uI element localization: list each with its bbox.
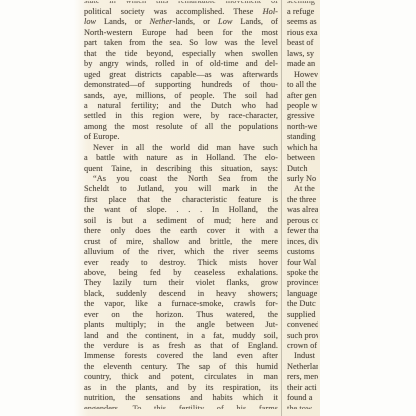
text-line: laws, sy bbox=[287, 49, 318, 59]
text-line: seeming bbox=[287, 1, 318, 7]
text-line: ever on the horizon. Thus watered, the bbox=[84, 310, 278, 320]
text-line: inces, div bbox=[287, 237, 318, 247]
text-line: language bbox=[287, 289, 318, 299]
text-line: surly No bbox=[287, 174, 318, 184]
scanned-book-page: state in which this remarkable movement … bbox=[0, 0, 416, 416]
text-line: a refuge bbox=[287, 7, 318, 17]
text-line: provinces bbox=[287, 278, 318, 288]
text-line: ever ready to destroy. Thick mists hover bbox=[84, 258, 278, 268]
text-line: was alrea bbox=[287, 205, 318, 215]
text-line: that the tide beyond, especially when sw… bbox=[84, 49, 278, 59]
text-line: such prov bbox=[287, 331, 318, 341]
text-line: fewer tha bbox=[287, 226, 318, 236]
text-line: to all the bbox=[287, 80, 318, 90]
text-line: Dutch bbox=[287, 164, 318, 174]
text-line: the three bbox=[287, 195, 318, 205]
text-line: quent Taine, in describing this situatio… bbox=[84, 164, 278, 174]
text-line: a battle with nature as in Holland. The … bbox=[84, 153, 278, 163]
text-line: engenders. To this fertility of his farm… bbox=[84, 404, 278, 409]
text-line: Never in all the world did man have such bbox=[84, 143, 278, 153]
text-line: perous co bbox=[287, 216, 318, 226]
clipped-text-line: seeming bbox=[287, 1, 318, 7]
text-line: their acti bbox=[287, 383, 318, 393]
text-line: the tow bbox=[287, 404, 318, 409]
text-line: among the most resolute of all the popul… bbox=[84, 122, 278, 132]
text-line: beast of bbox=[287, 38, 318, 48]
text-line: between bbox=[287, 153, 318, 163]
text-line: the want of slope. . . . In Holland, the bbox=[84, 205, 278, 215]
text-line: land and the continent, in a fat, muddy … bbox=[84, 331, 278, 341]
right-text-column-fragment: seeminga refugeseems asrious exabeast of… bbox=[287, 1, 318, 416]
text-line: political society was accomplished. Thes… bbox=[84, 7, 278, 17]
text-line: spoke the bbox=[287, 268, 318, 278]
text-line: of Europe. bbox=[84, 132, 278, 142]
text-line: At the bbox=[287, 184, 318, 194]
text-line: soil is but a sediment of mud; here and bbox=[84, 216, 278, 226]
text-line: the verdure is as fresh as that of Engla… bbox=[84, 341, 278, 351]
text-line: a natural fertility; and the Dutch who h… bbox=[84, 101, 278, 111]
text-line: by angry winds, rolled in of old-time an… bbox=[84, 59, 278, 69]
text-line: black, suddenly descend in heavy showers… bbox=[84, 289, 278, 299]
text-line: uged great districts capable—as was afte… bbox=[84, 70, 278, 80]
text-line: state in which this remarkable movement … bbox=[84, 1, 278, 7]
text-line: gressive bbox=[287, 111, 318, 121]
text-line: the vapor, like a furnace-smoke, crawls … bbox=[84, 299, 278, 309]
text-line: customs bbox=[287, 247, 318, 257]
text-line: nutrition, the sensations and habits whi… bbox=[84, 393, 278, 403]
text-line: part taken from the sea. So low was the … bbox=[84, 38, 278, 48]
text-line: plants multiply; in the angle between Ju… bbox=[84, 320, 278, 330]
text-line: demonstrated—of supporting hundreds of t… bbox=[84, 80, 278, 90]
text-line: rers, merc bbox=[287, 372, 318, 382]
text-line: sands, aye, millions, of people. The soi… bbox=[84, 91, 278, 101]
text-line: However bbox=[287, 70, 318, 80]
text-line: crown of bbox=[287, 341, 318, 351]
text-line: above, being fed by ceaseless exhalation… bbox=[84, 268, 278, 278]
text-line: the eleventh century. The sap of this hu… bbox=[84, 362, 278, 372]
text-line: alluvium of the river, which the river s… bbox=[84, 247, 278, 257]
text-line: after gen bbox=[287, 91, 318, 101]
clipped-text-line: engenders. To this fertility of his farm… bbox=[84, 404, 278, 409]
text-line: as in the plants, and by its respiration… bbox=[84, 383, 278, 393]
text-line: Immense forests covered the land even af… bbox=[84, 351, 278, 361]
text-line: North-western Europe had been for the mo… bbox=[84, 28, 278, 38]
text-line: Indust bbox=[287, 351, 318, 361]
text-line: first place that the characteristic feat… bbox=[84, 195, 278, 205]
text-line: convened bbox=[287, 320, 318, 330]
text-line: Netherlan bbox=[287, 362, 318, 372]
text-line: the Dutc bbox=[287, 299, 318, 309]
main-text-column: state in which this remarkable movement … bbox=[84, 1, 278, 416]
text-line: supplied bbox=[287, 310, 318, 320]
text-line: crust of mire, shallow and brittle, the … bbox=[84, 237, 278, 247]
text-line: standing bbox=[287, 132, 318, 142]
text-line: north-we bbox=[287, 122, 318, 132]
text-line: Scheldt to Jutland, you will mark in the bbox=[84, 184, 278, 194]
clipped-text-line: state in which this remarkable movement … bbox=[84, 1, 278, 7]
text-line: low Lands, or Nether-lands, or Low Lands… bbox=[84, 17, 278, 27]
text-line: made an bbox=[287, 59, 318, 69]
text-line: settled in this region were, by race-cha… bbox=[84, 111, 278, 121]
text-line: country, thick and potent, circulates in… bbox=[84, 372, 278, 382]
text-line: which ha bbox=[287, 143, 318, 153]
text-line: seems as bbox=[287, 17, 318, 27]
text-line: rious exa bbox=[287, 28, 318, 38]
text-line: people w bbox=[287, 101, 318, 111]
text-line: there only does the earth cover it with … bbox=[84, 226, 278, 236]
text-line: They lazily turn their violet flanks, gr… bbox=[84, 278, 278, 288]
column-divider-rule bbox=[281, 0, 282, 416]
text-line: four Wal bbox=[287, 258, 318, 268]
text-line: “As you coast the North Sea from the bbox=[84, 174, 278, 184]
text-line: found a bbox=[287, 393, 318, 403]
clipped-text-line: the tow bbox=[287, 404, 318, 409]
